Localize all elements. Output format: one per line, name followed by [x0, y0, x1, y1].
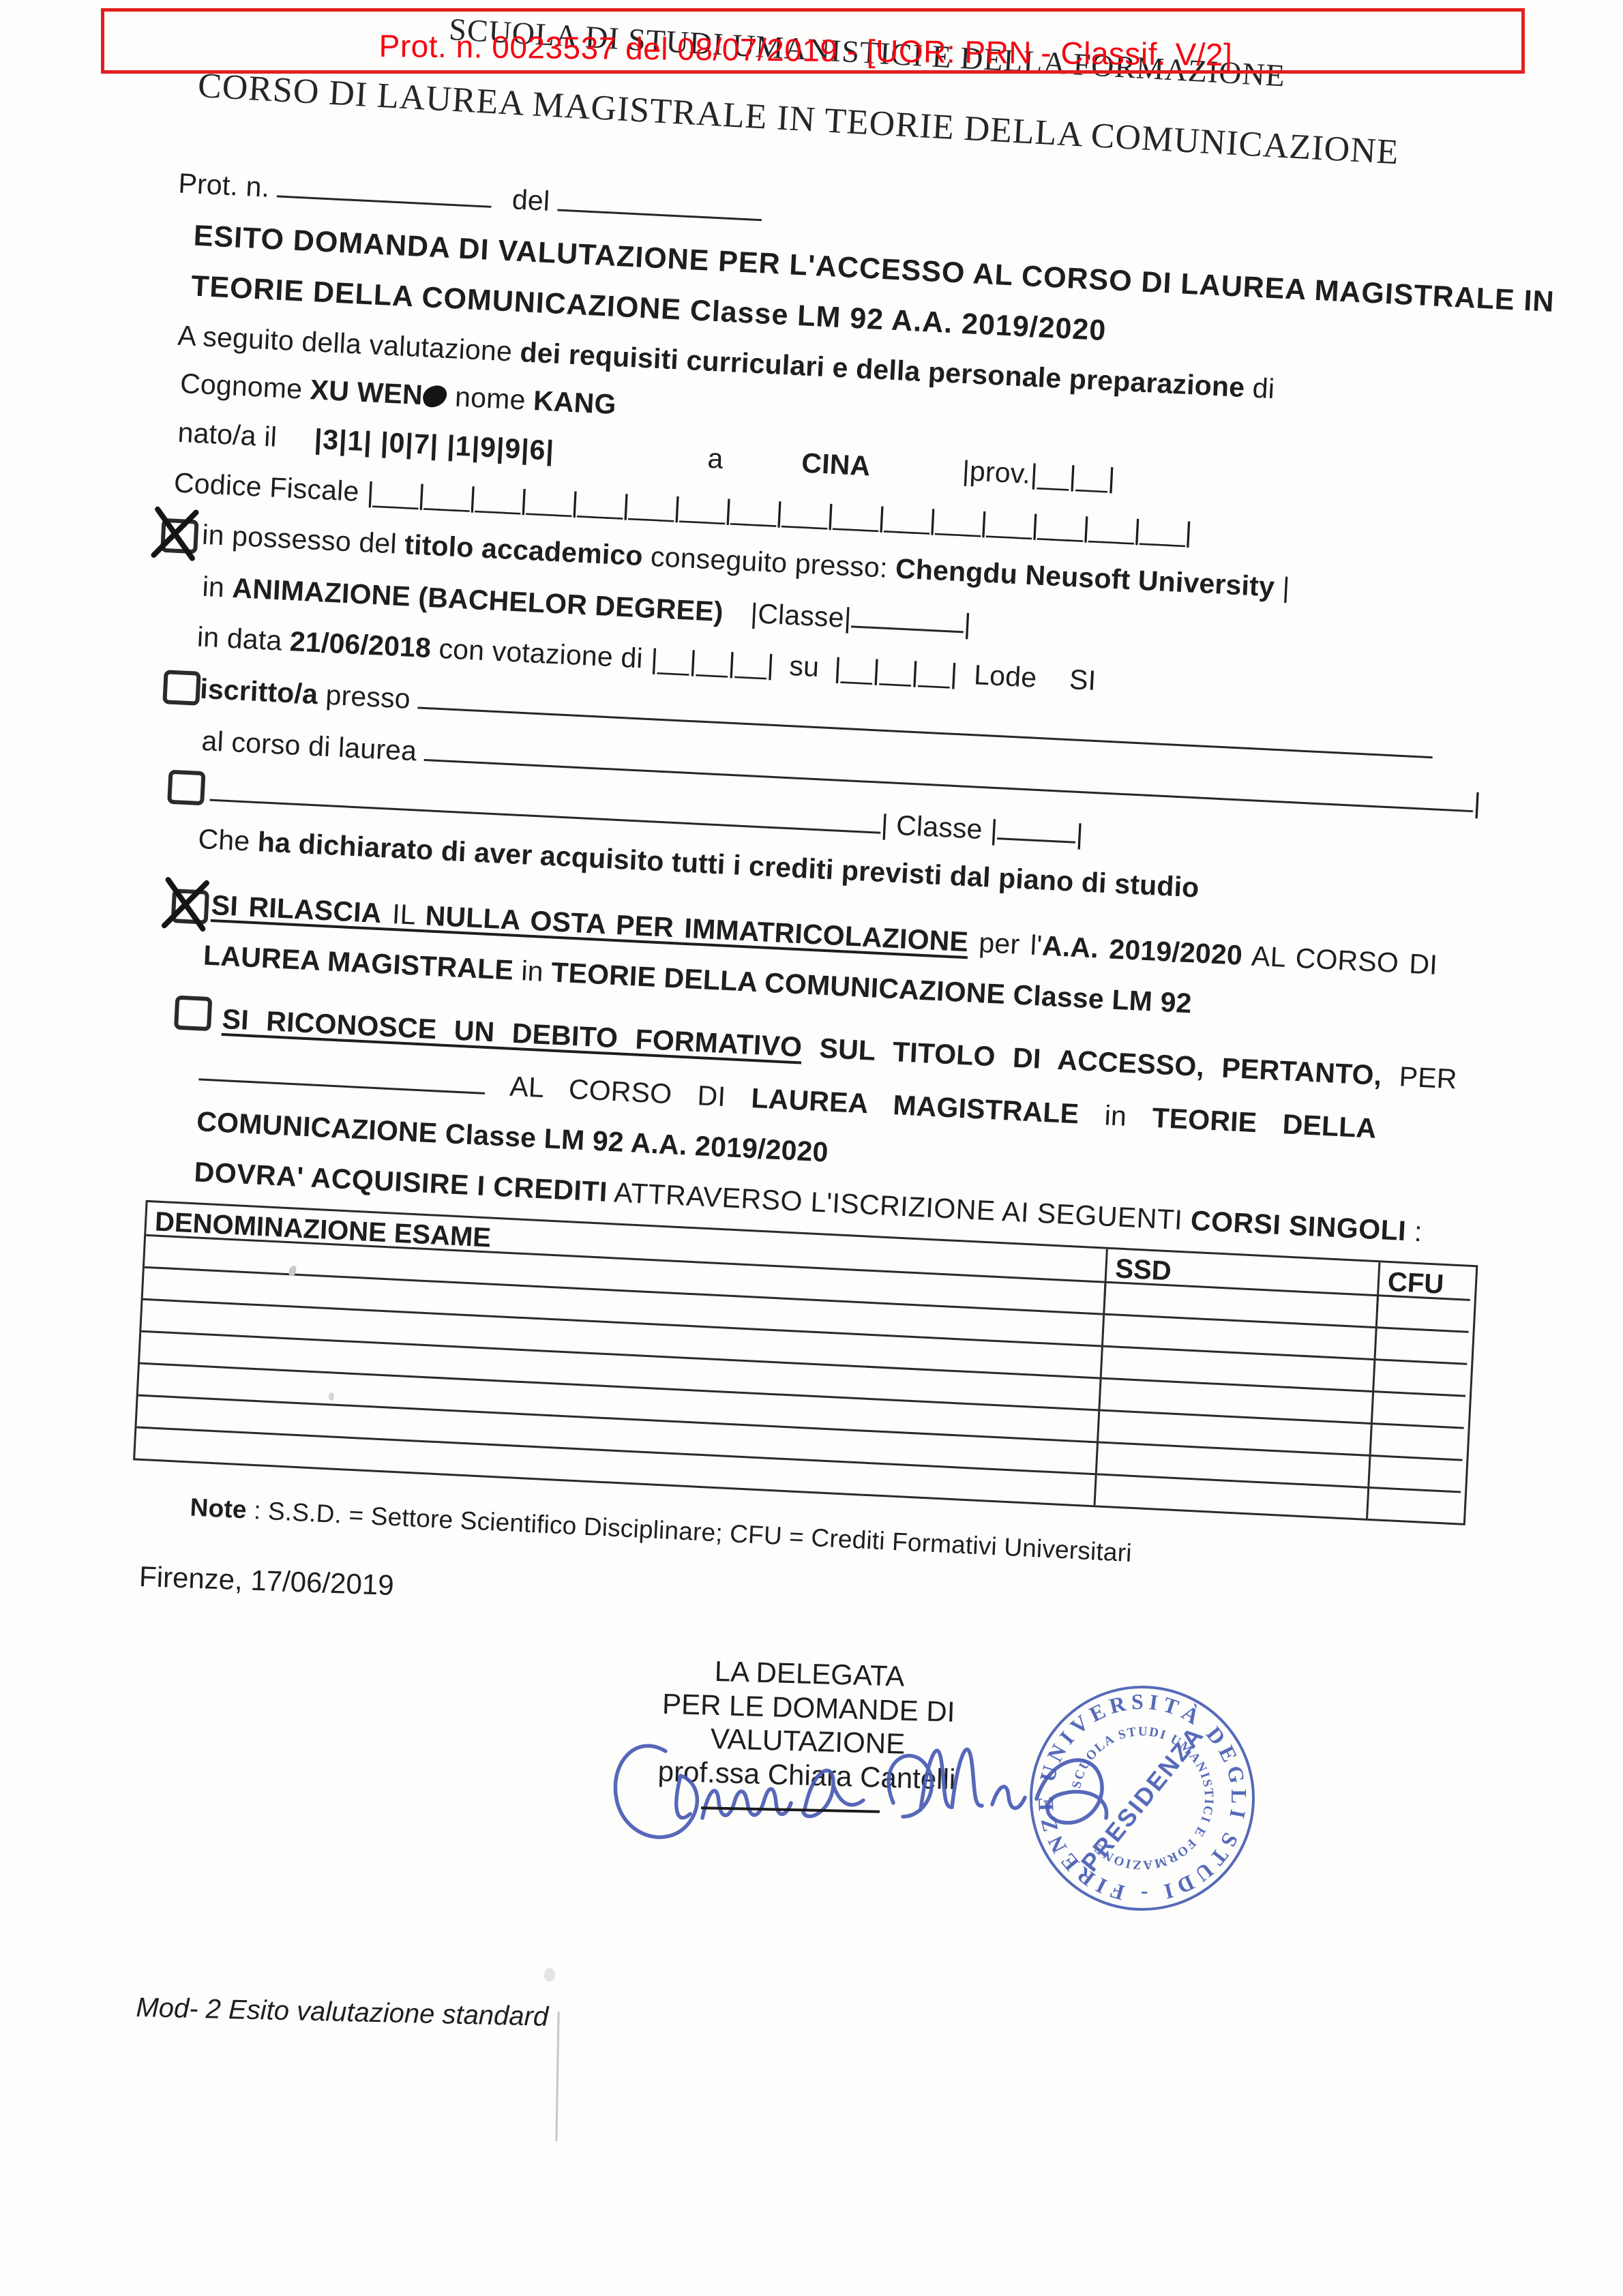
footer-mod-label: Mod- 2 Esito valutazione standard [136, 1993, 549, 2033]
note-text: : S.S.D. = Settore Scientifico Disciplin… [246, 1496, 1133, 1567]
rilascia-mid: IL [381, 897, 426, 931]
table-empty-cell [1371, 1422, 1464, 1459]
rilascia-l2-bold1: LAUREA MAGISTRALE [203, 940, 514, 986]
riconosce-blank-line [198, 1056, 486, 1094]
cognome-label: Cognome [179, 368, 311, 405]
note-label: Note [190, 1493, 248, 1524]
lode-label: Lode [973, 659, 1037, 693]
corso-end-bar: | [1473, 787, 1482, 818]
table-empty-cell [1376, 1326, 1469, 1362]
nome-label: nome [447, 381, 535, 416]
university-round-stamp: UNIVERSITÀ DEGLI STUDI - FIRENZE SCUOLA … [1011, 1667, 1274, 1930]
dovra-bold2: CORSI SINGOLI [1190, 1205, 1407, 1247]
birthplace-a-label: a [707, 443, 724, 475]
riconosce-bold-tail: SUL TITOLO DI ACCESSO, PERTANTO, [801, 1032, 1382, 1092]
table-empty-cell [1374, 1358, 1467, 1395]
nome-value: KANG [533, 385, 617, 420]
form-body: Prot. n. del ESITO DOMANDA DI VALUTAZION… [104, 164, 1543, 1661]
prot-label: Prot. n. [177, 167, 270, 203]
rilascia-bold2: NULLA OSTA PER IMMATRICOLAZIONE [425, 899, 969, 957]
scan-speck [544, 1968, 555, 1982]
degree-name: ANIMAZIONE (BACHELOR DEGREE) [232, 572, 724, 627]
scanned-document-page: SCUOLA DI STUDI UMANISTICI E DELLA FORMA… [0, 0, 1623, 2296]
classe-small-blank [997, 816, 1077, 844]
rilascia-year: A.A. 2019/2020 [1041, 930, 1243, 971]
rilascia-l2-reg: in [513, 955, 552, 988]
titolo-end-bar: | [1274, 571, 1291, 603]
table-empty-cell [1373, 1390, 1465, 1427]
prot-row: Prot. n. del [177, 167, 762, 228]
scan-fold-line [555, 2012, 559, 2141]
riconosce-underlined: SI RICONOSCE UN DEBITO FORMATIVO [222, 1003, 803, 1063]
classe-blank-line [209, 777, 882, 834]
birthplace-value: CINA [801, 447, 871, 482]
dovra-bold1: DOVRA' ACQUISIRE I CREDITI [194, 1156, 608, 1208]
exams-table: DENOMINAZIONE ESAME SSD CFU [133, 1200, 1478, 1525]
table-empty-cell [1368, 1487, 1461, 1523]
table-empty-cell [1378, 1294, 1470, 1330]
corso-label: al corso di laurea [201, 725, 426, 767]
del-blank-line [557, 188, 762, 222]
degree-date: 21/06/2018 [289, 625, 432, 664]
del-label: del [511, 183, 551, 217]
dovra-reg2: : [1405, 1215, 1423, 1247]
university-name: Chengdu Neusoft University [895, 552, 1275, 602]
vote-mid: con votazione di [430, 632, 652, 674]
rilascia-rest2: AL CORSO DI [1242, 940, 1438, 981]
rilascia-x-mark-icon [155, 873, 213, 934]
lode-value: SI [1069, 664, 1097, 696]
riconosce-l2-bold2: TEORIE DELLA [1151, 1102, 1377, 1144]
cognome-value: XU WEN [310, 374, 423, 411]
prot-blank-line [277, 173, 492, 207]
degree-pre: in [202, 571, 233, 603]
rilascia-bold1: SI RILASCIA [211, 889, 383, 929]
che-checkbox [167, 770, 205, 806]
vote-boxes-2: |__|__|__| [833, 652, 958, 689]
riconosce-l2-reg2: in [1078, 1099, 1153, 1133]
che-pre: Che [198, 823, 259, 857]
degree-classe-label: |Classe| [749, 597, 852, 633]
birthdate-label: nato/a il [177, 417, 278, 453]
iscritto-checkbox [162, 670, 200, 706]
riconosce-l2-reg1: AL CORSO DI [509, 1071, 751, 1114]
titolo-mid: conseguito presso: [642, 540, 897, 584]
fiscal-code-label: Codice Fiscale [173, 467, 368, 508]
riconosce-tail: PER [1381, 1060, 1458, 1094]
iscritto-label: presso [317, 679, 419, 715]
vote-su-label: su [788, 650, 820, 683]
riconosce-checkbox [174, 996, 212, 1032]
intro-pre: A seguito della valutazione [177, 320, 521, 368]
birthdate-boxes: |3|1| |0|7| |1|9|9|6| [314, 423, 555, 466]
scan-speck [329, 1392, 334, 1401]
classe-label: | Classe | [880, 809, 998, 846]
name-row: Cognome XU WEN nome KANG [179, 368, 617, 421]
iscritto-bold: iscritto/a [199, 673, 318, 710]
rilascia-l2-bold2: TEORIE DELLA COMUNICAZIONE Classe LM 92 [550, 956, 1192, 1019]
riconosce-l2-bold1: LAUREA MAGISTRALE [751, 1082, 1080, 1129]
titolo-bold1: titolo accademico [404, 528, 644, 571]
rilascia-rest1: per l' [968, 926, 1043, 961]
intro-post: di [1244, 372, 1275, 404]
table-empty-cell [1369, 1455, 1462, 1491]
prov-boxes: |prov.|__|__| [962, 455, 1116, 494]
titolo-x-mark-icon [145, 503, 202, 564]
ink-blob [420, 383, 449, 409]
note-line: Note : S.S.D. = Settore Scientifico Disc… [190, 1493, 1133, 1568]
riconosce-row3: COMUNICAZIONE Classe LM 92 A.A. 2019/202… [196, 1105, 829, 1168]
degree-classe-blank [851, 603, 965, 633]
degree-end-bar: | [963, 608, 972, 639]
titolo-pre: in possesso del [201, 519, 405, 560]
vote-pre: in data [196, 621, 291, 657]
intro-bold: dei requisiti curriculari e della person… [520, 336, 1246, 403]
classe-end-bar: | [1075, 818, 1084, 850]
vote-boxes-1: |__|__|__| [650, 643, 775, 681]
